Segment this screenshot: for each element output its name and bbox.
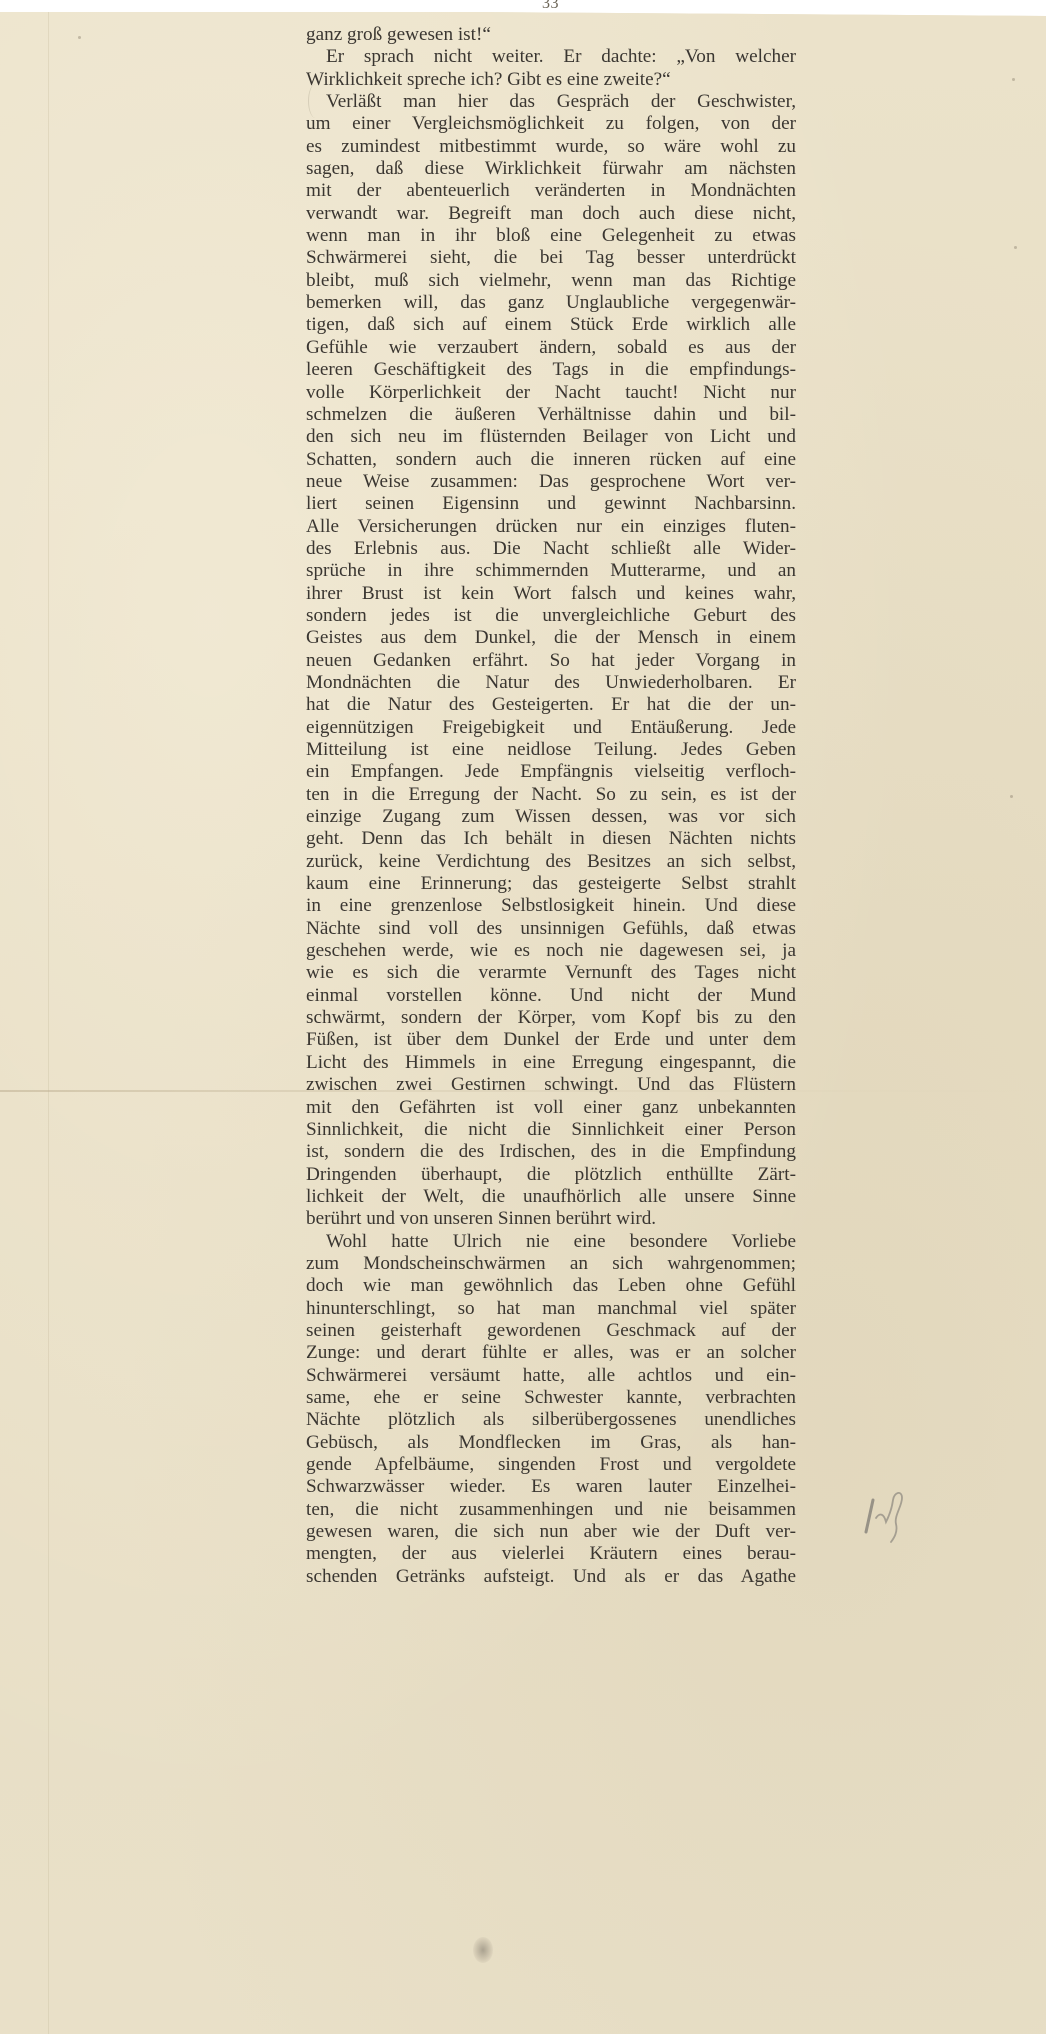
text-line: ten, die nicht zusammenhingen und nie be… <box>306 1499 796 1521</box>
text-line: schmelzen die äußeren Verhältnisse dahin… <box>306 404 796 426</box>
text-line: den sich neu im flüsternden Beilager von… <box>306 426 796 448</box>
text-line: geschehen werde, wie es noch nie dagewes… <box>306 940 796 962</box>
text-line: Nächte sind voll des unsinnigen Gefühls,… <box>306 918 796 940</box>
text-line: seinen geisterhaft gewordenen Geschmack … <box>306 1320 796 1342</box>
text-line: ten in die Erregung der Nacht. So zu sei… <box>306 784 796 806</box>
paper-speck <box>78 36 81 39</box>
text-line: Dringenden überhaupt, die plötzlich enth… <box>306 1164 796 1186</box>
body-text-column: ganz groß gewesen ist!“Er sprach nicht w… <box>306 24 796 1588</box>
text-line: doch wie man gewöhnlich das Leben ohne G… <box>306 1275 796 1297</box>
text-line: neue Weise zusammen: Das gesprochene Wor… <box>306 471 796 493</box>
text-line: mit der abenteuerlich veränderten in Mon… <box>306 180 796 202</box>
text-line: Licht des Himmels in eine Erregung einge… <box>306 1052 796 1074</box>
text-line: liert seinen Eigensinn und gewinnt Nachb… <box>306 493 796 515</box>
text-line: kaum eine Erinnerung; das gesteigerte Se… <box>306 873 796 895</box>
text-line: ein Empfangen. Jede Empfängnis vielseiti… <box>306 761 796 783</box>
text-line: Sinnlichkeit, die nicht die Sinnlichkeit… <box>306 1119 796 1141</box>
text-line: es zumindest mitbestimmt wurde, so wäre … <box>306 136 796 158</box>
text-line: same, ehe er seine Schwester kannte, ver… <box>306 1387 796 1409</box>
text-line: hat die Natur des Gesteigerten. Er hat d… <box>306 694 796 716</box>
text-line: lichkeit der Welt, die unaufhörlich alle… <box>306 1186 796 1208</box>
text-line: Schwärmerei versäumt hatte, alle achtlos… <box>306 1365 796 1387</box>
paper-speck <box>1014 246 1017 249</box>
text-line: Geistes aus dem Dunkel, die der Mensch i… <box>306 627 796 649</box>
text-line: eigennützigen Freigebigkeit und Entäußer… <box>306 717 796 739</box>
text-line: sondern jedes ist die unvergleichliche G… <box>306 605 796 627</box>
text-line: verwandt war. Begreift man doch auch die… <box>306 203 796 225</box>
text-line: ganz groß gewesen ist!“ <box>306 24 796 46</box>
text-line: wie es sich die verarmte Vernunft des Ta… <box>306 962 796 984</box>
text-line: mengten, der aus vielerlei Kräutern eine… <box>306 1543 796 1565</box>
text-line: Schwärmerei sieht, die bei Tag besser un… <box>306 247 796 269</box>
text-line: einzige Zugang zum Wissen dessen, was vo… <box>306 806 796 828</box>
text-line: mit den Gefährten ist voll einer ganz un… <box>306 1097 796 1119</box>
text-line: zwischen zwei Gestirnen schwingt. Und da… <box>306 1074 796 1096</box>
text-line: hinunterschlingt, so hat man manchmal vi… <box>306 1298 796 1320</box>
page-number-text: 33 <box>542 0 559 12</box>
text-line: volle Körperlichkeit der Nacht taucht! N… <box>306 382 796 404</box>
text-line: Alle Versicherungen drücken nur ein einz… <box>306 516 796 538</box>
text-line: Schwarzwässer wieder. Es waren lauter Ei… <box>306 1476 796 1498</box>
text-line: Er sprach nicht weiter. Er dachte: „Von … <box>306 46 796 68</box>
text-line: Mondnächten die Natur des Unwiederholbar… <box>306 672 796 694</box>
paper-speck <box>1012 78 1015 81</box>
text-line: bleibt, muß sich vielmehr, wenn man das … <box>306 270 796 292</box>
text-line: berührt und von unseren Sinnen berührt w… <box>306 1208 796 1230</box>
text-line: Verläßt man hier das Gespräch der Geschw… <box>306 91 796 113</box>
text-line: Nächte plötzlich als silberübergossenes … <box>306 1409 796 1431</box>
text-line: Füßen, ist über dem Dunkel der Erde und … <box>306 1029 796 1051</box>
vertical-fold-crease <box>48 12 49 2034</box>
text-line: ihrer Brust ist kein Wort falsch und kei… <box>306 583 796 605</box>
text-line: um einer Vergleichsmöglichkeit zu folgen… <box>306 113 796 135</box>
page-number: 33 <box>542 0 559 12</box>
text-line: bemerken will, das ganz Unglaubliche ver… <box>306 292 796 314</box>
text-line: zurück, keine Verdichtung des Besitzes a… <box>306 851 796 873</box>
text-line: in eine grenzenlose Selbstlosigkeit hine… <box>306 895 796 917</box>
text-line: schwärmt, sondern der Körper, vom Kopf b… <box>306 1007 796 1029</box>
text-line: geht. Denn das Ich behält in diesen Näch… <box>306 828 796 850</box>
text-line: Zunge: und derart fühlte er alles, was e… <box>306 1342 796 1364</box>
text-line: Wirklichkeit spreche ich? Gibt es eine z… <box>306 69 796 91</box>
paper-speck <box>1010 795 1013 798</box>
text-line: Schatten, sondern auch die inneren rücke… <box>306 449 796 471</box>
text-line: Gebüsch, als Mondflecken im Gras, als ha… <box>306 1432 796 1454</box>
ink-smudge <box>473 1937 493 1963</box>
text-line: einmal vorstellen könne. Und nicht der M… <box>306 985 796 1007</box>
text-line: des Erlebnis aus. Die Nacht schließt all… <box>306 538 796 560</box>
text-line: schenden Getränks aufsteigt. Und als er … <box>306 1566 796 1588</box>
text-line: neuen Gedanken erfährt. So hat jeder Vor… <box>306 650 796 672</box>
text-line: gewesen waren, die sich nun aber wie der… <box>306 1521 796 1543</box>
text-line: ist, sondern die des Irdischen, des in d… <box>306 1141 796 1163</box>
text-line: zum Mondscheinschwärmen an sich wahrgeno… <box>306 1253 796 1275</box>
text-line: Gefühle wie verzaubert ändern, sobald es… <box>306 337 796 359</box>
text-line: sagen, daß diese Wirklichkeit fürwahr am… <box>306 158 796 180</box>
text-line: sprüche in ihre schimmernden Mutterarme,… <box>306 560 796 582</box>
text-line: Mitteilung ist eine neidlose Teilung. Je… <box>306 739 796 761</box>
text-line: gende Apfelbäume, singenden Frost und ve… <box>306 1454 796 1476</box>
text-line: leeren Geschäftigkeit des Tags in die em… <box>306 359 796 381</box>
text-line: wenn man in ihr bloß eine Gelegenheit zu… <box>306 225 796 247</box>
text-line: Wohl hatte Ulrich nie eine besondere Vor… <box>306 1231 796 1253</box>
text-line: tigen, daß sich auf einem Stück Erde wir… <box>306 314 796 336</box>
pencil-squiggle-icon <box>862 1488 910 1546</box>
